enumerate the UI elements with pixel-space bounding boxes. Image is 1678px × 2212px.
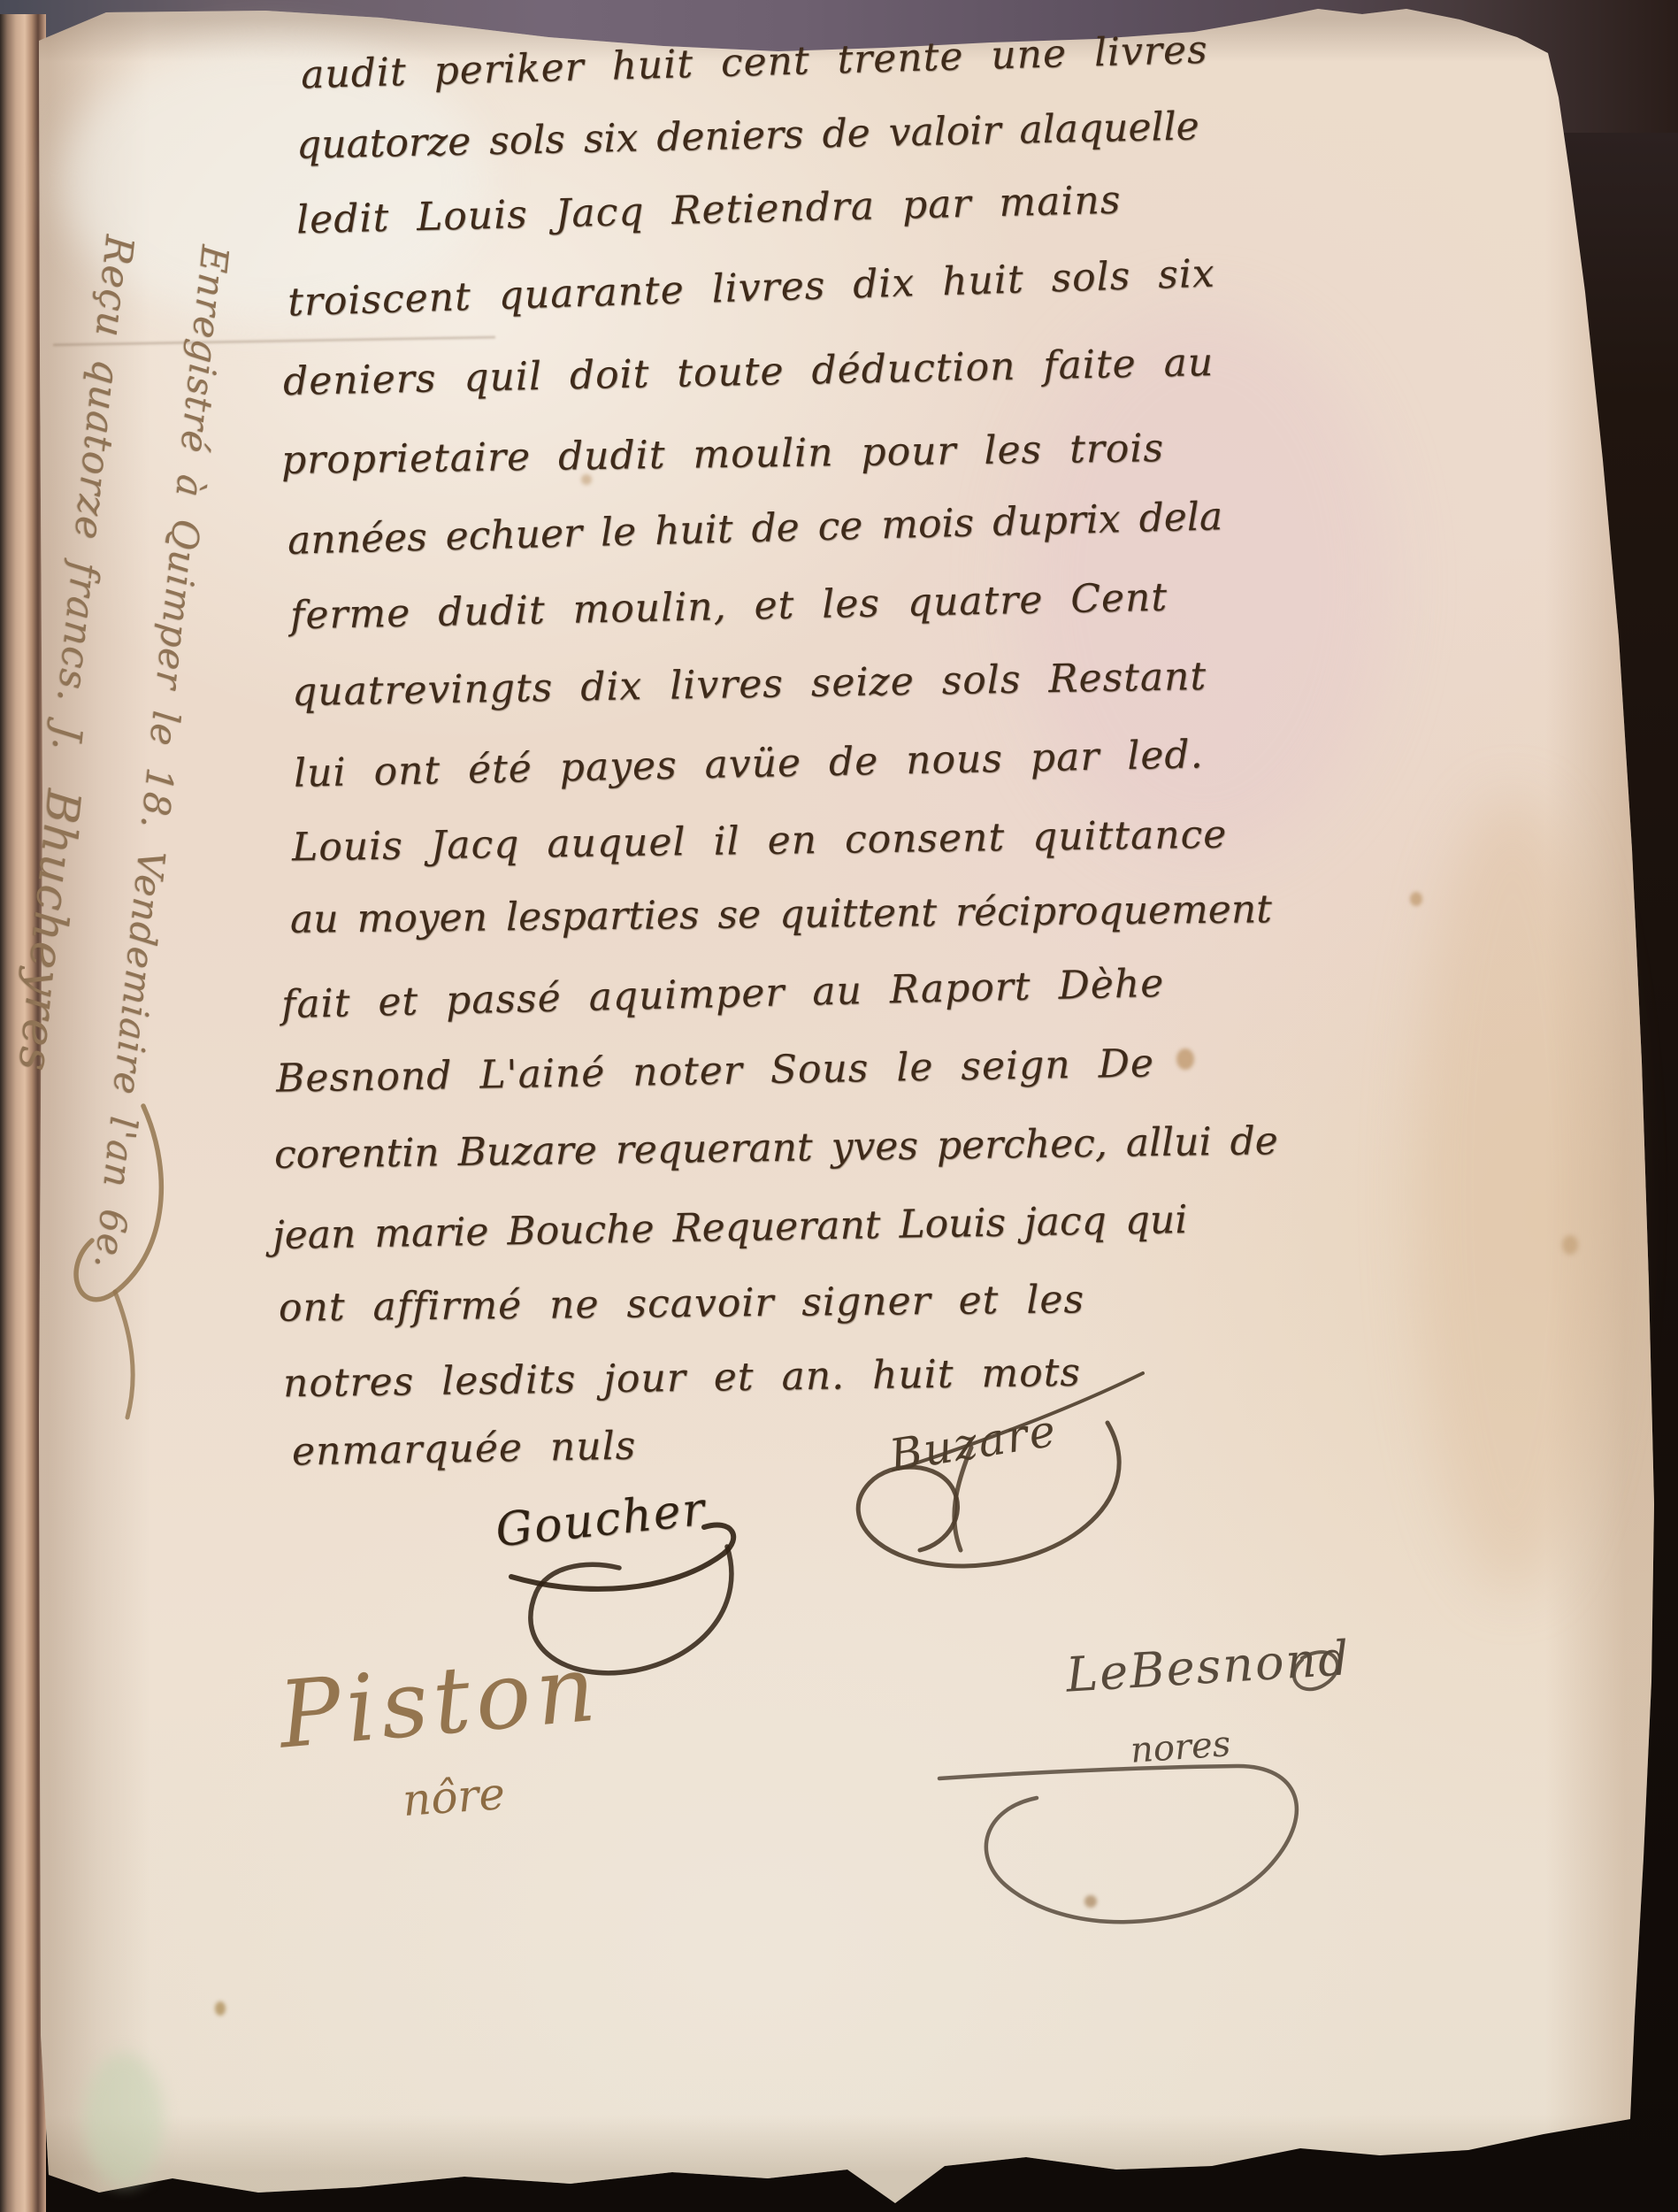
fox-spot [1410,892,1422,906]
signature-piston-title: nôre [401,1768,507,1826]
manuscript-photo: Enregistré à Quimper le 18. Vendemiaire … [0,0,1678,2212]
fox-spot [215,2001,226,2016]
signature-lebesnond-title: nores [1130,1724,1232,1771]
fox-spot [1562,1235,1578,1255]
manuscript-line: enmarquée nuls [292,1424,637,1475]
fox-spot [1176,1048,1194,1070]
fox-spot [1084,1895,1097,1908]
stain [84,2053,164,2185]
stain [1415,796,1610,1593]
manuscript-line: ont affirmé ne scavoir signer et les [279,1277,1085,1331]
